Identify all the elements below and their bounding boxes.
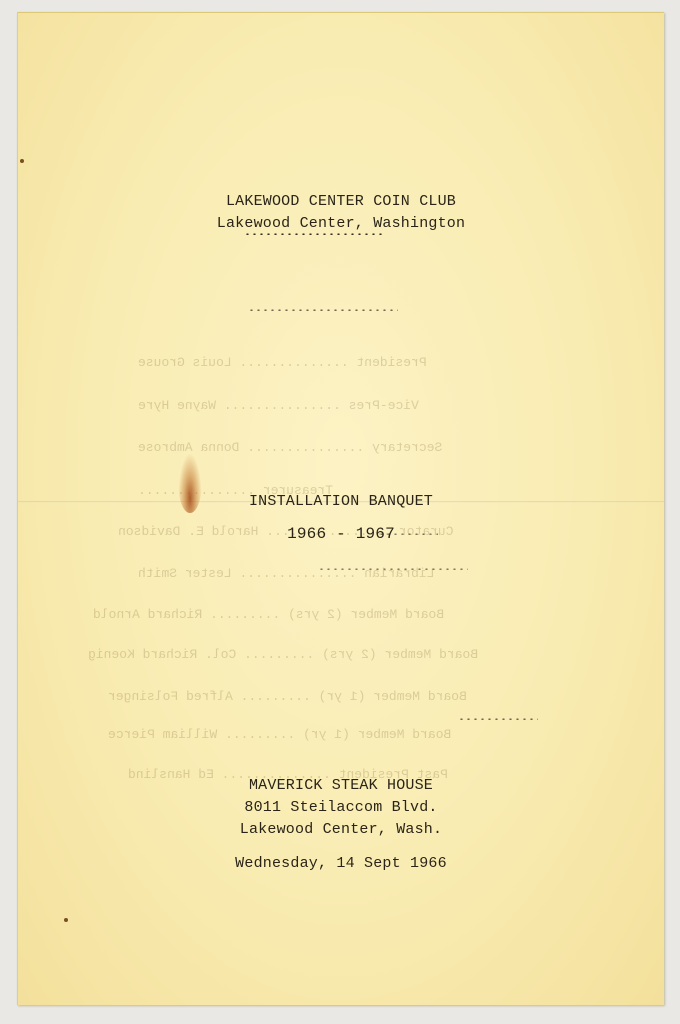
bleed-line: Vice-Pres ............... Wayne Hyre: [138, 398, 419, 413]
bleed-line: Board Member (1 yr) ......... William Pi…: [108, 727, 451, 742]
speck: [20, 159, 24, 163]
club-name: LAKEWOOD CENTER COIN CLUB: [18, 191, 664, 213]
venue-info: MAVERICK STEAK HOUSE 8011 Steilaccom Blv…: [18, 775, 664, 875]
dot-leader: [248, 309, 398, 311]
event-years: 1966 - 1967: [18, 523, 664, 545]
venue-address: 8011 Steilaccom Blvd.: [18, 797, 664, 819]
bleed-line: Board Member (1 yr) ......... Alfred Fol…: [108, 689, 467, 704]
dot-leader: [318, 568, 468, 570]
event-title: INSTALLATION BANQUET: [18, 491, 664, 513]
club-header: LAKEWOOD CENTER COIN CLUB Lakewood Cente…: [18, 191, 664, 235]
event-header: INSTALLATION BANQUET 1966 - 1967: [18, 491, 664, 545]
speck: [64, 918, 68, 922]
venue-city: Lakewood Center, Wash.: [18, 819, 664, 841]
document-page: President .............. Louis Grouse Vi…: [17, 12, 664, 1005]
event-date: Wednesday, 14 Sept 1966: [18, 853, 664, 875]
dot-leader: [458, 718, 538, 720]
club-location: Lakewood Center, Washington: [18, 213, 664, 235]
bleed-line: Secretary ............... Donna Ambrose: [138, 440, 442, 455]
bleed-line: President .............. Louis Grouse: [138, 355, 427, 370]
venue-name: MAVERICK STEAK HOUSE: [18, 775, 664, 797]
bleed-line: Board Member (2 yrs) ......... Col. Rich…: [88, 647, 478, 662]
bleed-line: Board Member (2 yrs) ......... Richard A…: [93, 607, 444, 622]
